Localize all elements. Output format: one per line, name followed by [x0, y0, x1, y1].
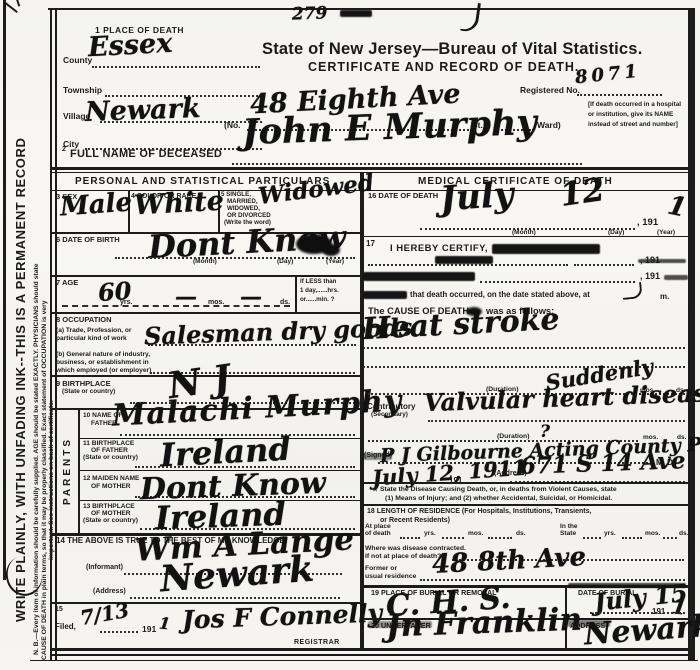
- father-birthplace-value-handwritten: Ireland: [159, 433, 291, 472]
- filed-year-digit-handwritten: 1: [158, 615, 171, 632]
- margin-warning-text: WRITE PLAINLY, WITH UNFADING INK--THIS I…: [14, 138, 28, 623]
- filed-label: Filed,: [55, 623, 76, 631]
- pen-checkmark-tail: [15, 0, 20, 7]
- registered-no-value-handwritten: 8071: [574, 63, 642, 88]
- contributory-label-line2: (Secondary): [371, 412, 408, 419]
- margin-note-line1: N. B.—Every item of information should b…: [33, 263, 40, 655]
- undertaker-address-value-handwritten: Newark: [583, 612, 700, 651]
- certify-dotted-line-1: [368, 264, 568, 266]
- residence-dots-6: [663, 537, 677, 539]
- dod-year-digit-handwritten: 1: [665, 192, 688, 221]
- date-of-death-month-handwritten: July: [439, 177, 515, 216]
- film-edge-line: [3, 0, 6, 580]
- star-note-bottom-rule: [363, 504, 688, 506]
- street-no-label: (No.: [224, 121, 241, 130]
- pen-mark-over-title: [460, 1, 481, 33]
- full-name-dotted-line: [232, 163, 582, 165]
- ward-label: Ward): [537, 121, 561, 130]
- former-residence-label-line2: usual residence: [365, 573, 416, 580]
- time-scribble-handwritten: [621, 282, 643, 300]
- certificate-subtitle: CERTIFICATE AND RECORD OF DEATH.: [308, 61, 579, 74]
- color-value-handwritten: White: [133, 188, 224, 220]
- redaction-strike-1: [638, 259, 686, 263]
- full-name-value-handwritten: John E Murphy: [241, 105, 537, 150]
- full-name-superscript: 2: [62, 146, 66, 153]
- occupation-a-label-line2: particular kind of work: [56, 336, 127, 343]
- residence-dots-2: [442, 537, 464, 539]
- filed-year-printed: 191: [142, 625, 156, 634]
- county-value-handwritten: Essex: [87, 30, 173, 61]
- dob-dotted-line: [115, 257, 355, 259]
- certificate-title: State of New Jersey—Bureau of Vital Stat…: [262, 41, 642, 58]
- informant-label: (Informant): [86, 564, 123, 571]
- age-row-bottom-rule: [50, 312, 360, 314]
- residence-dots-5: [622, 537, 642, 539]
- undertaker-signature-handwritten: Jn Franklin: [386, 605, 583, 643]
- certify-dotted-line-2: [480, 281, 635, 283]
- in-state-ds-label: ds.: [679, 531, 689, 538]
- former-residence-label-line1: Former or: [365, 565, 397, 572]
- dod-year-printed: , 191: [637, 218, 658, 228]
- form-right-border: [688, 8, 695, 660]
- registrar-signature-handwritten: Jos F Connelly: [182, 601, 383, 633]
- header-divider-heavy: [50, 167, 695, 170]
- at-place-ds-label: ds.: [516, 531, 526, 538]
- father-birthplace-label-line3: (State or country): [83, 455, 138, 462]
- age-label: 7 AGE: [56, 279, 78, 287]
- scan-bottom-line: [30, 660, 698, 661]
- sex-value-handwritten: Male: [59, 190, 133, 221]
- star-note-line2: (1) Means of Injury; and (2) whether Acc…: [385, 495, 612, 502]
- dob-label: 6 DATE OF BIRTH: [56, 236, 120, 244]
- age-subcell-divider: [295, 275, 297, 312]
- dob-row-bottom-rule: [50, 275, 360, 277]
- at-place-mos-label: mos.: [468, 531, 483, 538]
- physician-address-handwritten: 671 S 14 Ave: [520, 449, 686, 478]
- death-occurred-text: that death occurred, on the date stated …: [410, 291, 590, 299]
- certify-year-stub-2: , 191: [640, 272, 660, 281]
- redaction-bar-1: [492, 244, 600, 254]
- dob-year-label: (Year): [326, 259, 344, 266]
- redaction-bar-3: [363, 272, 475, 281]
- full-name-label: FULL NAME OF DECEASED: [70, 149, 222, 161]
- parents-vertical-label: PARENTS: [63, 437, 74, 505]
- form-top-border: [48, 8, 695, 10]
- ink-smudge-top: [340, 10, 372, 17]
- dob-month-label: (Month): [193, 259, 217, 266]
- certify-label: I HEREBY CERTIFY,: [390, 244, 488, 254]
- occupation-label: 8 OCCUPATION: [56, 316, 112, 324]
- contributory-dotted-line: [428, 420, 685, 422]
- residence-dots-4: [583, 537, 601, 539]
- former-residence-value-handwritten: 48 8th Ave: [431, 544, 586, 578]
- occupation-b-label-line1: (b) General nature of industry,: [56, 352, 150, 359]
- county-dotted-line: [92, 66, 260, 68]
- meridiem-label: m.: [660, 293, 669, 301]
- certify-section-number: 17: [366, 240, 375, 248]
- page-number-handwritten: 279: [292, 5, 328, 23]
- hospital-instruction-note: [If death occurred in a hospital or inst…: [588, 100, 685, 130]
- at-place-label-line2: of death: [365, 531, 391, 538]
- cause-dotted-line-1: [363, 347, 685, 349]
- registered-no-label: Registered No.: [520, 86, 580, 95]
- city-value-handwritten: Newark: [85, 95, 201, 126]
- age-less-note-line1: If LESS than: [300, 279, 336, 286]
- residence-dots-3: [488, 537, 512, 539]
- star-note-top-rule: [363, 482, 688, 484]
- date-of-death-day-handwritten: 12: [558, 173, 607, 211]
- birthplace-sublabel: (State or country): [62, 389, 115, 396]
- occupation-b-label-line3: which employed (or employer): [56, 368, 151, 375]
- residence-dots-1: [400, 537, 420, 539]
- contributory-value-handwritten: Valvular heart disease: [424, 381, 700, 415]
- residence-label-line1: 18 LENGTH OF RESIDENCE (For Hospitals, I…: [367, 508, 591, 515]
- death-certificate-scan: WRITE PLAINLY, WITH UNFADING INK--THIS I…: [0, 0, 700, 670]
- mother-name-label-line1: 12 MAIDEN NAME: [83, 476, 139, 483]
- occupation-a-label-line1: (a) Trade, Profession, or: [56, 328, 131, 335]
- dod-row-bottom-rule: [363, 236, 688, 237]
- dob-day-label: (Day): [277, 259, 293, 266]
- occupation-b-label-line2: business, or establishment in: [56, 360, 149, 367]
- certify-dotted-line-1b: [574, 264, 634, 266]
- form-bottom-border-thin: [50, 654, 695, 656]
- in-state-label-line2: State: [560, 531, 576, 538]
- in-state-mos-label: mos.: [645, 531, 660, 538]
- former-residence-dotted-line: [420, 579, 685, 581]
- ink-blot-dob-small: [322, 244, 340, 256]
- age-less-note-line2: 1 day,......hrs.: [300, 288, 339, 295]
- informant-address-value-handwritten: Newark: [159, 551, 315, 598]
- filed-date-handwritten: 7/13: [79, 600, 131, 628]
- duration2-label: (Duration): [497, 433, 529, 440]
- filed-dotted-line: [100, 631, 138, 633]
- form-left-border-outer: [50, 8, 52, 660]
- cause-of-death-value-handwritten: Heat stroke: [361, 305, 560, 345]
- age-baseline: [62, 305, 290, 307]
- at-place-yrs-label: yrs.: [424, 531, 436, 538]
- registered-no-dotted-line: [577, 94, 662, 96]
- redaction-strike-2: [664, 275, 688, 280]
- star-note-line1: ★ State the Disease Causing Death, or, i…: [372, 486, 617, 493]
- township-label: Township: [63, 86, 102, 95]
- mother-name-label-line2: OF MOTHER: [91, 484, 131, 491]
- birthplace-label: 9 BIRTHPLACE: [56, 380, 111, 388]
- age-less-note-line3: or......min. ?: [300, 297, 334, 304]
- informant-address-label: (Address): [93, 588, 126, 595]
- date-of-death-label: 16 DATE OF DEATH: [368, 192, 438, 200]
- redaction-bar-2: [435, 256, 493, 264]
- mother-birthplace-label-line3: (State or country): [83, 518, 138, 525]
- filed-section-number: 15: [55, 606, 63, 613]
- contracted-label-line2: If not at place of death?: [365, 553, 441, 560]
- registrar-label: REGISTRAR: [294, 639, 340, 646]
- in-state-yrs-label: yrs.: [604, 531, 616, 538]
- redaction-bar-4: [363, 291, 407, 299]
